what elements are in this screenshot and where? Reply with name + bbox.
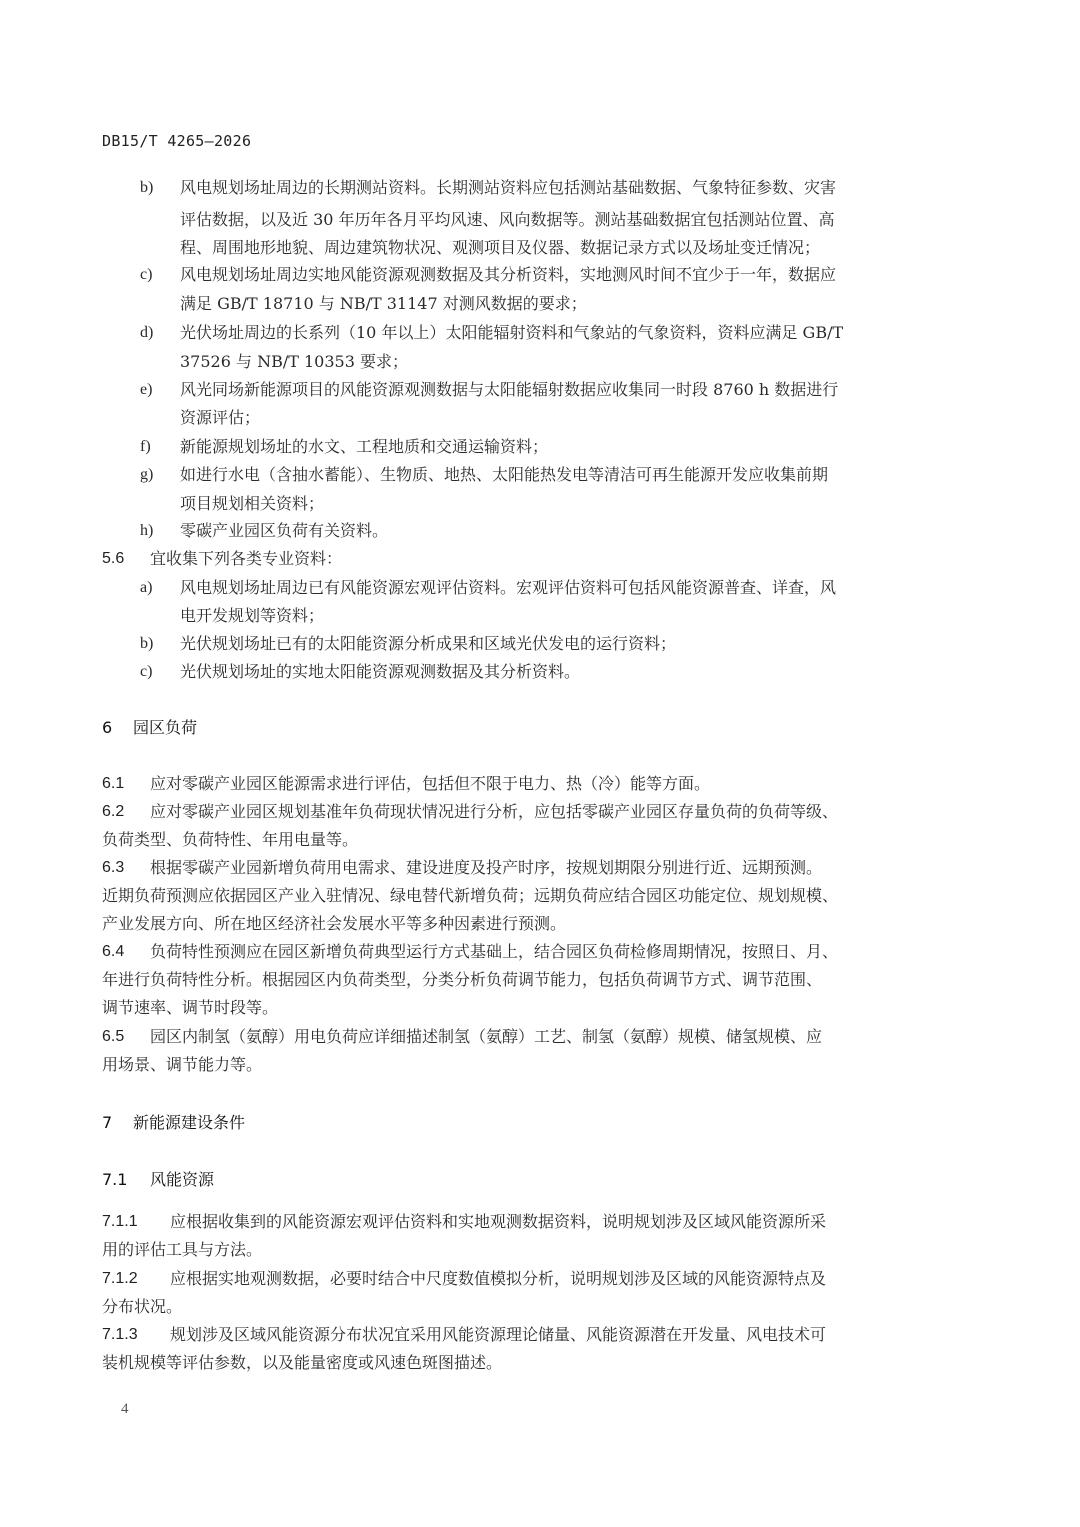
list-item-line: 风电规划场址周边已有风能资源宏观评估资料。宏观评估资料可包括风能资源普查、详查，… bbox=[180, 578, 836, 598]
list-item-line: 风电规划场址周边的长期测站资料。长期测站资料应包括测站基础数据、气象特征参数、灾… bbox=[180, 178, 836, 198]
clause-text: 宜收集下列各类专业资料： bbox=[150, 549, 342, 569]
list-marker: c) bbox=[140, 265, 152, 285]
list-item-line: 光伏规划场址已有的太阳能资源分析成果和区域光伏发电的运行资料； bbox=[180, 634, 676, 654]
clause-line: 用的评估工具与方法。 bbox=[102, 1240, 262, 1260]
clause-line: 园区内制氢（氨醇）用电负荷应详细描述制氢（氨醇）工艺、制氢（氨醇）规模、储氢规模… bbox=[150, 1027, 822, 1047]
clause-line: 产业发展方向、所在地区经济社会发展水平等多种因素进行预测。 bbox=[102, 914, 566, 934]
list-marker: h) bbox=[140, 521, 153, 541]
clause-number: 6.5 bbox=[102, 1027, 124, 1047]
list-marker: e) bbox=[140, 380, 152, 400]
list-item-line: 满足 GB/T 18710 与 NB/T 31147 对测风数据的要求； bbox=[180, 294, 587, 314]
list-item-line: 零碳产业园区负荷有关资料。 bbox=[180, 521, 388, 541]
document-header-code: DB15/T 4265—2026 bbox=[102, 132, 251, 150]
clause-line: 用场景、调节能力等。 bbox=[102, 1055, 262, 1075]
list-item-line: 37526 与 NB/T 10353 要求； bbox=[180, 352, 408, 372]
clause-line: 根据零碳产业园新增负荷用电需求、建设进度及投产时序，按规划期限分别进行近、远期预… bbox=[150, 858, 822, 878]
section-title: 新能源建设条件 bbox=[133, 1113, 245, 1133]
clause-line: 负荷类型、负荷特性、年用电量等。 bbox=[102, 830, 358, 850]
list-item-line: 资源评估； bbox=[180, 408, 260, 428]
clause-line: 负荷特性预测应在园区新增负荷典型运行方式基础上，结合园区负荷检修周期情况，按照日… bbox=[150, 942, 838, 962]
list-item-line: 风光同场新能源项目的风能资源观测数据与太阳能辐射数据应收集同一时段 8760 h… bbox=[180, 380, 838, 400]
clause-line: 应对零碳产业园区能源需求进行评估，包括但不限于电力、热（冷）能等方面。 bbox=[150, 774, 710, 794]
clause-number: 5.6 bbox=[102, 549, 124, 569]
list-marker: b) bbox=[140, 634, 153, 654]
clause-number: 6.3 bbox=[102, 858, 124, 878]
clause-line: 规划涉及区域风能资源分布状况宜采用风能资源理论储量、风能资源潜在开发量、风电技术… bbox=[170, 1325, 826, 1345]
list-item-line: 评估数据，以及近 30 年历年各月平均风速、风向数据等。测站基础数据宜包括测站位… bbox=[180, 210, 835, 230]
subsection-title: 风能资源 bbox=[150, 1170, 214, 1190]
list-marker: d) bbox=[140, 323, 153, 343]
section-number: 7 bbox=[102, 1113, 112, 1133]
clause-line: 近期负荷预测应依据园区产业入驻情况、绿电替代新增负荷；远期负荷应结合园区功能定位… bbox=[102, 886, 838, 906]
list-item-line: 光伏规划场址的实地太阳能资源观测数据及其分析资料。 bbox=[180, 662, 580, 682]
list-item-line: 项目规划相关资料； bbox=[180, 494, 324, 514]
list-marker: c) bbox=[140, 662, 152, 682]
list-item-line: 新能源规划场址的水文、工程地质和交通运输资料； bbox=[180, 437, 548, 457]
list-item-line: 程、周围地形地貌、周边建筑物状况、观测项目及仪器、数据记录方式以及场址变迁情况； bbox=[180, 238, 820, 258]
list-marker: b) bbox=[140, 178, 153, 198]
page-number: 4 bbox=[121, 1401, 129, 1418]
list-marker: f) bbox=[140, 437, 151, 457]
subsection-number: 7.1 bbox=[102, 1170, 127, 1190]
clause-line: 应根据收集到的风能资源宏观评估资料和实地观测数据资料，说明规划涉及区域风能资源所… bbox=[170, 1212, 826, 1232]
clause-number: 6.1 bbox=[102, 774, 124, 794]
list-marker: g) bbox=[140, 465, 153, 485]
section-number: 6 bbox=[102, 718, 112, 738]
clause-line: 应根据实地观测数据，必要时结合中尺度数值模拟分析，说明规划涉及区域的风能资源特点… bbox=[170, 1269, 826, 1289]
clause-line: 年进行负荷特性分析。根据园区内负荷类型，分类分析负荷调节能力，包括负荷调节方式、… bbox=[102, 970, 822, 990]
list-marker: a) bbox=[140, 578, 152, 598]
list-item-line: 电开发规划等资料； bbox=[180, 606, 324, 626]
clause-number: 6.4 bbox=[102, 942, 124, 962]
list-item-line: 光伏场址周边的长系列（10 年以上）太阳能辐射资料和气象站的气象资料，资料应满足… bbox=[180, 323, 843, 343]
clause-number: 7.1.3 bbox=[102, 1325, 138, 1345]
list-item-line: 如进行水电（含抽水蓄能）、生物质、地热、太阳能热发电等清洁可再生能源开发应收集前… bbox=[180, 465, 828, 485]
section-title: 园区负荷 bbox=[133, 718, 197, 738]
clause-line: 装机规模等评估参数，以及能量密度或风速色斑图描述。 bbox=[102, 1353, 502, 1373]
list-item-line: 风电规划场址周边实地风能资源观测数据及其分析资料，实地测风时间不宜少于一年，数据… bbox=[180, 265, 836, 285]
clause-line: 调节速率、调节时段等。 bbox=[102, 998, 278, 1018]
clause-number: 7.1.2 bbox=[102, 1269, 138, 1289]
clause-number: 7.1.1 bbox=[102, 1212, 138, 1232]
clause-line: 应对零碳产业园区规划基准年负荷现状情况进行分析，应包括零碳产业园区存量负荷的负荷… bbox=[150, 802, 838, 822]
clause-line: 分布状况。 bbox=[102, 1297, 182, 1317]
clause-number: 6.2 bbox=[102, 802, 124, 822]
